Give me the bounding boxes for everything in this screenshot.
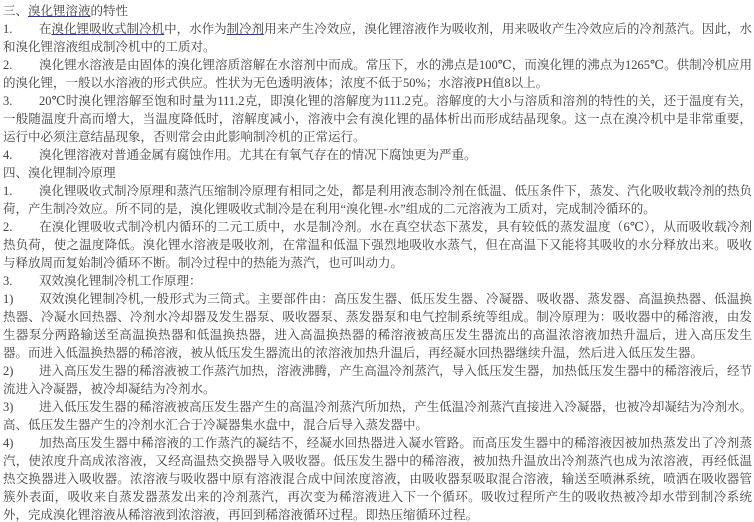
paragraph: 2)进入高压发生器的稀溶液被工作蒸汽加热，溶液沸腾，产生高温冷剂蒸汽，导入低压发… [3,362,752,398]
section-heading: 三、溴化锂溶液的特性 [3,2,752,20]
inline-link[interactable]: 制冷剂 [227,22,265,36]
text-run: 双效溴化锂制冷机,一般形式为三筒式。主要部件由：高压发生器、低压发生器、冷凝器、… [3,292,752,360]
paragraph-number: 4) [3,434,39,452]
inline-link[interactable]: 溴化锂吸收式制冷机 [52,22,165,36]
text-run: 中，水作为 [164,22,227,36]
paragraph-number: 3. [3,272,39,290]
paragraph-number: 2. [3,218,39,236]
document-body: 三、溴化锂溶液的特性1.在溴化锂吸收式制冷机中，水作为制冷剂用来产生冷效应，溴化… [3,2,752,522]
text-run: 双效溴化锂制冷机工作原理： [39,274,202,288]
paragraph: 1)双效溴化锂制冷机,一般形式为三筒式。主要部件由：高压发生器、低压发生器、冷凝… [3,290,752,362]
paragraph-number: 3) [3,398,39,416]
paragraph-number: 3. [3,92,39,110]
section-heading: 四、溴化锂制冷原理 [3,164,752,182]
text-run: 20℃时溴化锂溶解至饱和时量为111.2克，即溴化锂的溶解度为111.2克。溶解… [3,94,752,144]
paragraph: 3.双效溴化锂制冷机工作原理： [3,272,752,290]
paragraph: 2.在溴化锂吸收式制冷机内循环的二元工质中，水是制冷剂。水在真空状态下蒸发，具有… [3,218,752,272]
paragraph-number: 4. [3,146,39,164]
paragraph: 1.在溴化锂吸收式制冷机中，水作为制冷剂用来产生冷效应，溴化锂溶液作为吸收剂，用… [3,20,752,56]
text-run: 三、 [3,4,28,18]
text-run: 的特性 [91,4,129,18]
paragraph: 3)进入低压发生器的稀溶液被高压发生器产生的高温冷剂蒸汽所加热，产生低温冷剂蒸汽… [3,398,752,434]
text-run: 溴化锂水溶液是由固体的溴化锂溶质溶解在水溶剂中而成。常压下，水的沸点是100℃，… [3,58,752,90]
paragraph: 4.溴化锂溶液对普通金属有腐蚀作用。尤其在有氧气存在的情况下腐蚀更为严重。 [3,146,752,164]
paragraph-number: 1) [3,290,39,308]
text-run: 溴化锂溶液对普通金属有腐蚀作用。尤其在有氧气存在的情况下腐蚀更为严重。 [39,148,477,162]
text-run: 在 [39,22,52,36]
paragraph-number: 1. [3,182,39,200]
text-run: 在溴化锂吸收式制冷机内循环的二元工质中，水是制冷剂。水在真空状态下蒸发，具有较低… [3,220,752,270]
paragraph-number: 2) [3,362,39,380]
text-run: 进入高压发生器的稀溶液被工作蒸汽加热，溶液沸腾，产生高温冷剂蒸汽，导入低压发生器… [3,364,752,396]
text-run: 溴化锂吸收式制冷原理和蒸汽压缩制冷原理有相同之处，都是利用液态制冷剂在低温、低压… [3,184,752,216]
text-run: 加热高压发生器中稀溶液的工作蒸汽的凝结不，经凝水回热器进入凝水管路。而高压发生器… [3,436,752,522]
text-run: 四、溴化锂制冷原理 [3,166,116,180]
text-run: 进入低压发生器的稀溶液被高压发生器产生的高温冷剂蒸汽所加热，产生低温冷剂蒸汽直接… [3,400,752,432]
paragraph: 1.溴化锂吸收式制冷原理和蒸汽压缩制冷原理有相同之处，都是利用液态制冷剂在低温、… [3,182,752,218]
paragraph: 2.溴化锂水溶液是由固体的溴化锂溶质溶解在水溶剂中而成。常压下，水的沸点是100… [3,56,752,92]
paragraph: 4)加热高压发生器中稀溶液的工作蒸汽的凝结不，经凝水回热器进入凝水管路。而高压发… [3,434,752,522]
paragraph-number: 1. [3,20,39,38]
inline-link[interactable]: 溴化锂溶液 [28,4,91,18]
paragraph-number: 2. [3,56,39,74]
paragraph: 3.20℃时溴化锂溶解至饱和时量为111.2克，即溴化锂的溶解度为111.2克。… [3,92,752,146]
